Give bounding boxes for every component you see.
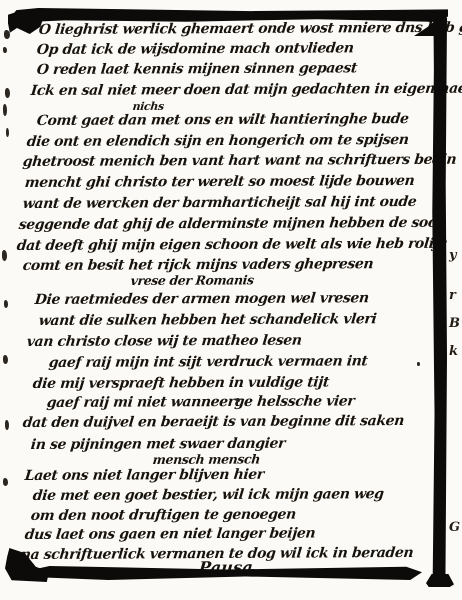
text-line: gaef raij mijn int sijt verdruck vermaen… bbox=[48, 353, 368, 371]
ink-speck bbox=[3, 47, 7, 53]
text-line: want die sulken hebben het schandelick v… bbox=[38, 311, 377, 329]
text-line: Ick en sal niet meer doen dat mijn gedac… bbox=[30, 81, 462, 99]
text-line-interjection: nichs bbox=[132, 100, 164, 113]
ink-speck bbox=[417, 362, 420, 366]
text-line: mencht ghi christo ter werelt so moest l… bbox=[24, 173, 415, 191]
section-heading: vrese der Romanis bbox=[130, 272, 254, 288]
frame-right-foot bbox=[426, 574, 454, 587]
manuscript-page: O lieghrist werlick ghemaert onde wost m… bbox=[0, 0, 462, 600]
ink-speck bbox=[5, 88, 10, 98]
text-line: O lieghrist werlick ghemaert onde wost m… bbox=[38, 20, 462, 38]
marginal-glyph: k bbox=[449, 344, 458, 359]
text-line: in se pijningen met swaer dangier bbox=[30, 436, 286, 453]
text-line: Comt gaet dan met ons en wilt hantiering… bbox=[36, 111, 409, 129]
marginal-glyph: B bbox=[449, 316, 460, 331]
text-line: O reden laet kennis mijnen sinnen gepaes… bbox=[36, 60, 358, 78]
text-line: om den noot druftigen te genoegen bbox=[30, 507, 297, 524]
ink-speck bbox=[4, 30, 10, 39]
text-line: seggende dat ghij de alderminste mijnen … bbox=[18, 215, 438, 233]
frame-right-border bbox=[431, 12, 447, 586]
ink-speck bbox=[2, 250, 7, 261]
ink-speck bbox=[3, 104, 7, 116]
ink-speck bbox=[236, 398, 240, 402]
text-line: dat deeft ghij mijn eigen schoon de welt… bbox=[16, 236, 447, 254]
text-line: want de wercken der barmharticheijt sal … bbox=[22, 194, 417, 212]
text-line: dat den duijvel en beraeijt is van begin… bbox=[22, 413, 405, 431]
text-line: comt en besit het rijck mijns vaders ghe… bbox=[22, 256, 374, 274]
text-line: die ont en elendich sijn en hongerich om… bbox=[26, 132, 409, 150]
text-line: gaef raij mi niet wanneerge helssche vie… bbox=[46, 393, 355, 411]
text-line: Laet ons niet langer blijven hier bbox=[24, 467, 265, 484]
ink-speck bbox=[3, 478, 8, 486]
text-line: Die raetmiedes der armen mogen wel vrese… bbox=[34, 290, 370, 308]
section-heading: mensch mensch bbox=[152, 451, 261, 467]
text-line: die mij verspraeft hebben in vuldige tij… bbox=[32, 374, 330, 392]
ink-speck bbox=[4, 300, 8, 308]
text-line: Op dat ick de wijsdomine mach ontvlieden bbox=[36, 40, 354, 58]
ink-speck bbox=[5, 420, 9, 430]
text-line: ghetroost menich ben vant hart want na s… bbox=[22, 152, 457, 170]
marginal-glyph: y bbox=[449, 248, 457, 263]
marginal-glyph: r bbox=[449, 288, 456, 303]
frame-top-border bbox=[12, 8, 448, 22]
text-line: die met een goet bestier, wil ick mijn g… bbox=[32, 486, 384, 504]
text-line: dus laet ons gaen en niet langer beijen bbox=[24, 525, 316, 543]
ink-speck bbox=[6, 128, 9, 137]
ink-speck bbox=[3, 355, 8, 364]
text-line: van christo close wij te matheo lesen bbox=[26, 333, 302, 350]
marginal-glyph: G bbox=[449, 520, 460, 535]
